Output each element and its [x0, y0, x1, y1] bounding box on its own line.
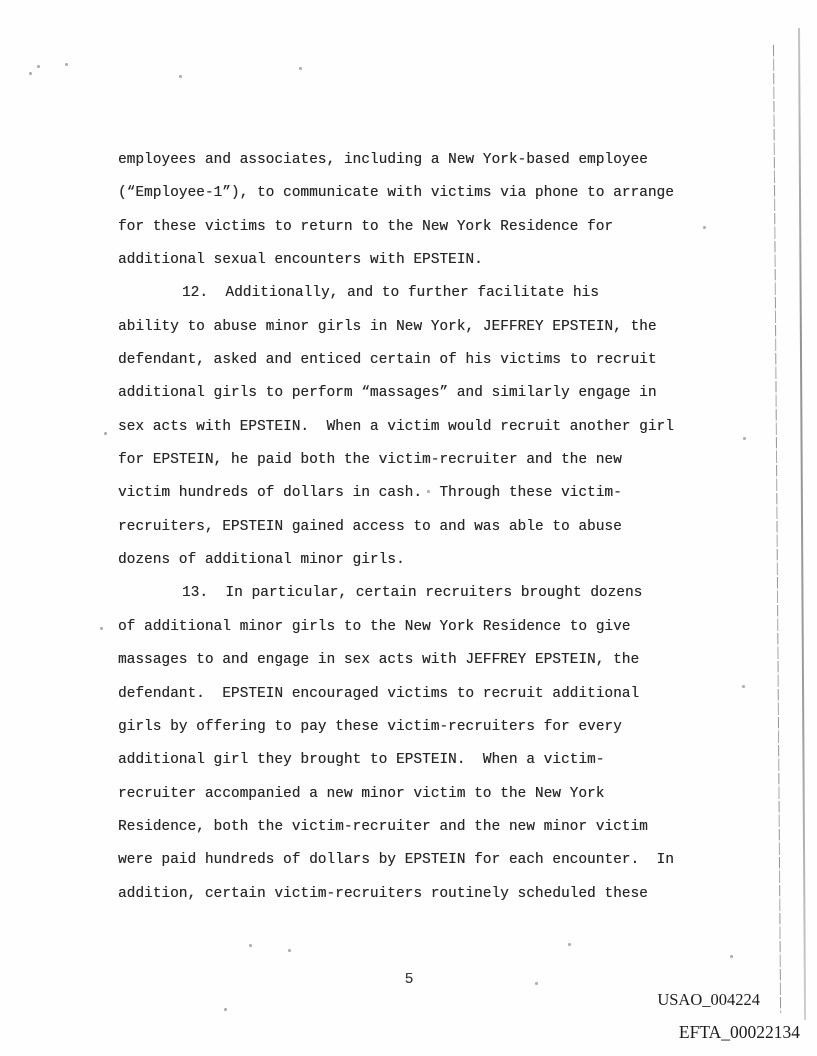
scan-speck [224, 1008, 227, 1011]
bates-stamp-usao: USAO_004224 [657, 990, 760, 1010]
document-line: addition, certain victim-recruiters rout… [118, 878, 708, 911]
document-line: Residence, both the victim-recruiter and… [118, 811, 708, 844]
bates-stamp-efta: EFTA_00022134 [679, 1022, 800, 1043]
document-line: girls by offering to pay these victim-re… [118, 711, 708, 744]
scan-speck [299, 67, 302, 70]
scan-speck [104, 432, 107, 435]
document-line: victim hundreds of dollars in cash. Thro… [118, 477, 708, 510]
scan-speck [249, 944, 252, 947]
document-line: sex acts with EPSTEIN. When a victim wou… [118, 411, 708, 444]
scan-speck [37, 65, 40, 68]
document-line: of additional minor girls to the New Yor… [118, 611, 708, 644]
scan-speck [65, 63, 68, 66]
document-line: for these victims to return to the New Y… [118, 211, 708, 244]
scan-speck [100, 627, 103, 630]
scan-speck [742, 685, 745, 688]
document-line: recruiter accompanied a new minor victim… [118, 778, 708, 811]
document-line: recruiters, EPSTEIN gained access to and… [118, 511, 708, 544]
document-line: defendant, asked and enticed certain of … [118, 344, 708, 377]
scan-edge-line [773, 45, 781, 1013]
scan-speck [288, 949, 291, 952]
document-line: defendant. EPSTEIN encouraged victims to… [118, 678, 708, 711]
document-line: additional girls to perform “massages” a… [118, 377, 708, 410]
document-line: additional girl they brought to EPSTEIN.… [118, 744, 708, 777]
scan-speck [730, 955, 733, 958]
document-line: were paid hundreds of dollars by EPSTEIN… [118, 844, 708, 877]
document-line: (“Employee-1”), to communicate with vict… [118, 177, 708, 210]
document-line: 13. In particular, certain recruiters br… [118, 577, 708, 610]
scan-speck [179, 75, 182, 78]
document-line: employees and associates, including a Ne… [118, 144, 708, 177]
document-page: employees and associates, including a Ne… [0, 0, 817, 1056]
document-line: dozens of additional minor girls. [118, 544, 708, 577]
scan-speck [29, 72, 32, 75]
document-line: 12. Additionally, and to further facilit… [118, 277, 708, 310]
scan-edge-line [798, 28, 806, 1020]
document-line: additional sexual encounters with EPSTEI… [118, 244, 708, 277]
scan-speck [743, 437, 746, 440]
document-line: ability to abuse minor girls in New York… [118, 311, 708, 344]
scan-speck [568, 943, 571, 946]
page-number: 5 [118, 972, 700, 988]
document-line: for EPSTEIN, he paid both the victim-rec… [118, 444, 708, 477]
document-line: massages to and engage in sex acts with … [118, 644, 708, 677]
document-lines: employees and associates, including a Ne… [118, 144, 708, 911]
